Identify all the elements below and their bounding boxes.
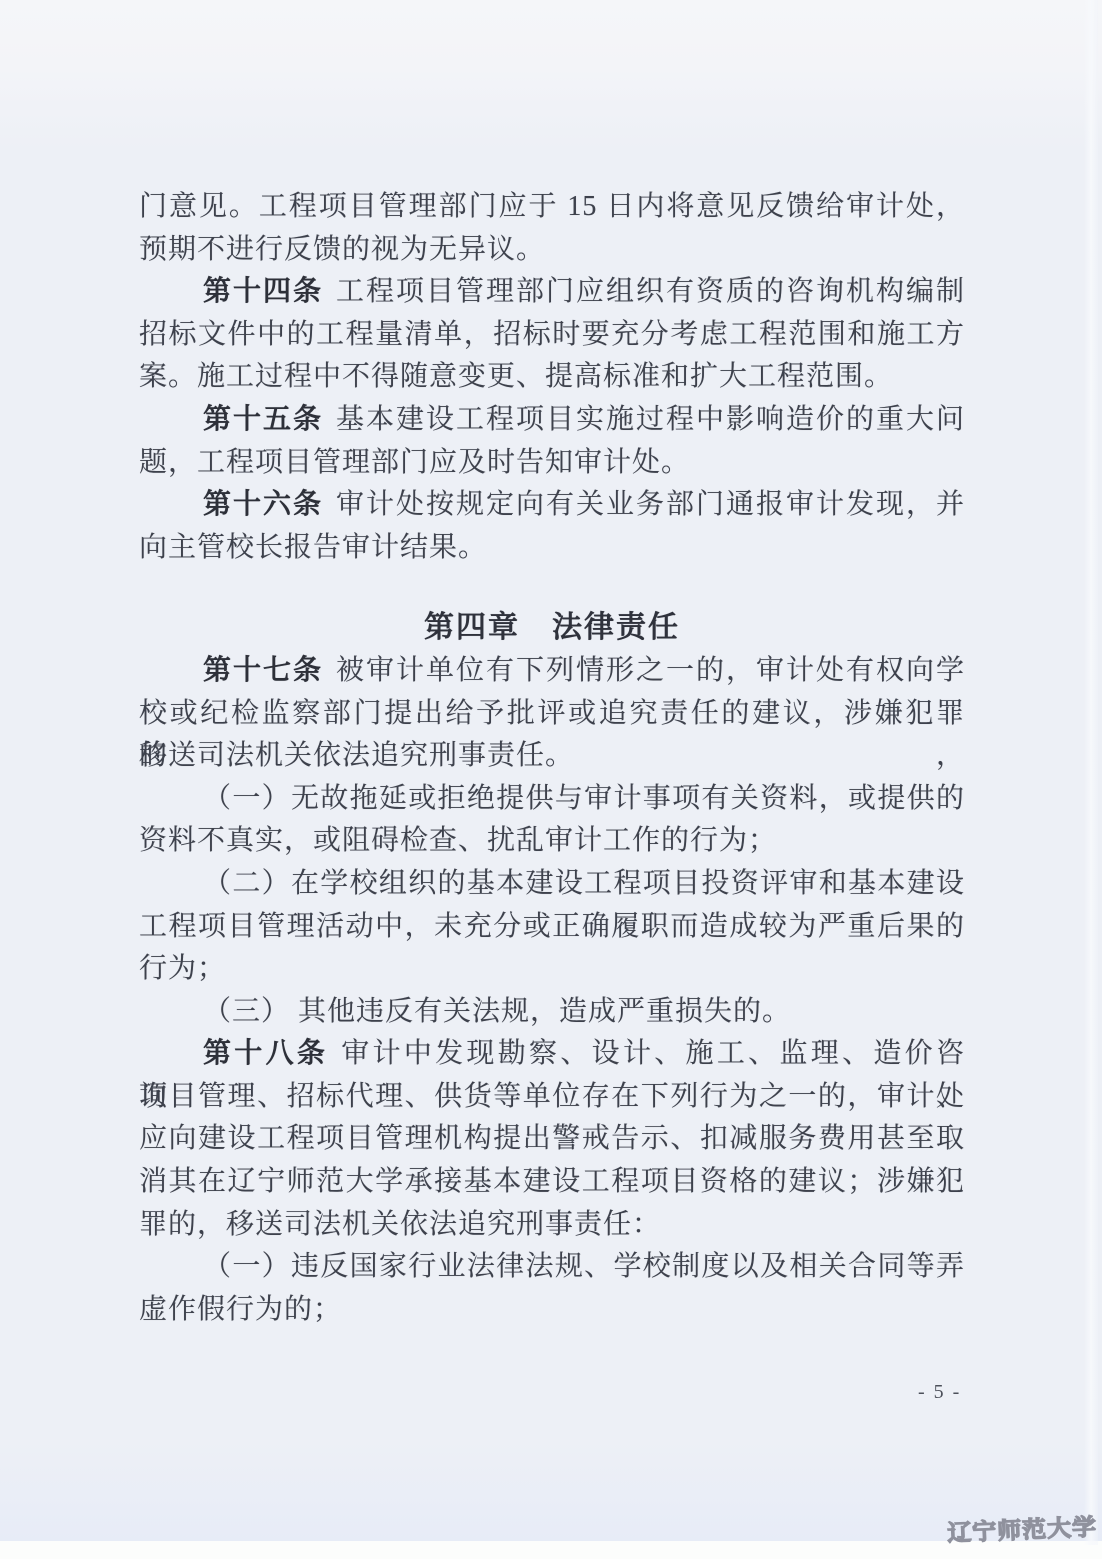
article-number: 第十五条 (203, 404, 323, 435)
doc-line: 题，工程项目管理部门应及时告知审计处。 (139, 442, 965, 485)
scan-bottom-shade-band (0, 1440, 1102, 1541)
article-number: 第十六条 (203, 489, 323, 520)
doc-line: 消其在辽宁师范大学承接基本建设工程项目资格的建议；涉嫌犯 (139, 1161, 965, 1204)
scanned-document-page: 门意见。工程项目管理部门应于 15 日内将意见反馈给审计处，预期不进行反馈的视为… (0, 0, 1102, 1559)
document-body: 门意见。工程项目管理部门应于 15 日内将意见反馈给审计处，预期不进行反馈的视为… (139, 186, 965, 1331)
article-number: 第十四条 (203, 276, 323, 307)
doc-line: 第十五条基本建设工程项目实施过程中影响造价的重大问 (139, 399, 965, 442)
doc-line: （二）在学校组织的基本建设工程项目投资评审和基本建设 (139, 863, 965, 906)
doc-line: 工程项目管理活动中，未充分或正确履职而造成较为严重后果的 (139, 906, 965, 949)
doc-line: 校或纪检监察部门提出给予批评或追究责任的建议，涉嫌犯罪的， (139, 693, 965, 736)
doc-line: 虚作假行为的； (139, 1289, 965, 1332)
university-watermark: 辽宁师范大学 (947, 1508, 1098, 1548)
doc-line: 第十八条审计中发现勘察、设计、施工、监理、造价咨询、 (139, 1033, 965, 1076)
doc-line: 行为； (139, 948, 965, 991)
doc-line: 向主管校长报告审计结果。 (139, 527, 965, 570)
doc-line: 门意见。工程项目管理部门应于 15 日内将意见反馈给审计处， (139, 186, 965, 229)
doc-line: 第十四条工程项目管理部门应组织有资质的咨询机构编制 (139, 271, 965, 314)
doc-line: 罪的，移送司法机关依法追究刑事责任： (139, 1204, 965, 1247)
doc-line: 招标文件中的工程量清单，招标时要充分考虑工程范围和施工方 (139, 314, 965, 357)
chapter-heading: 第四章 法律责任 (139, 607, 965, 650)
doc-line: （一）无故拖延或拒绝提供与审计事项有关资料，或提供的 (139, 778, 965, 821)
doc-line: 预期不进行反馈的视为无异议。 (139, 229, 965, 272)
scan-top-light-band (0, 0, 1102, 150)
doc-line: （一）违反国家行业法律法规、学校制度以及相关合同等弄 (139, 1246, 965, 1289)
doc-line: 第十六条审计处按规定向有关业务部门通报审计发现，并 (139, 484, 965, 527)
scan-bottom-white-strip (0, 1541, 1102, 1559)
doc-line: 第十七条被审计单位有下列情形之一的，审计处有权向学 (139, 650, 965, 693)
doc-line: 案。施工过程中不得随意变更、提高标准和扩大工程范围。 (139, 356, 965, 399)
article-number: 第十七条 (203, 655, 323, 686)
article-number: 第十八条 (203, 1038, 328, 1069)
doc-line: （三） 其他违反有关法规，造成严重损失的。 (139, 991, 965, 1034)
doc-line: 项目管理、招标代理、供货等单位存在下列行为之一的，审计处 (139, 1076, 965, 1119)
doc-line: 应向建设工程项目管理机构提出警戒告示、扣减服务费用甚至取 (139, 1118, 965, 1161)
doc-line: 资料不真实，或阻碍检查、扰乱审计工作的行为； (139, 820, 965, 863)
scan-right-light-band (1084, 0, 1098, 1545)
page-number: - 5 - (918, 1381, 961, 1404)
